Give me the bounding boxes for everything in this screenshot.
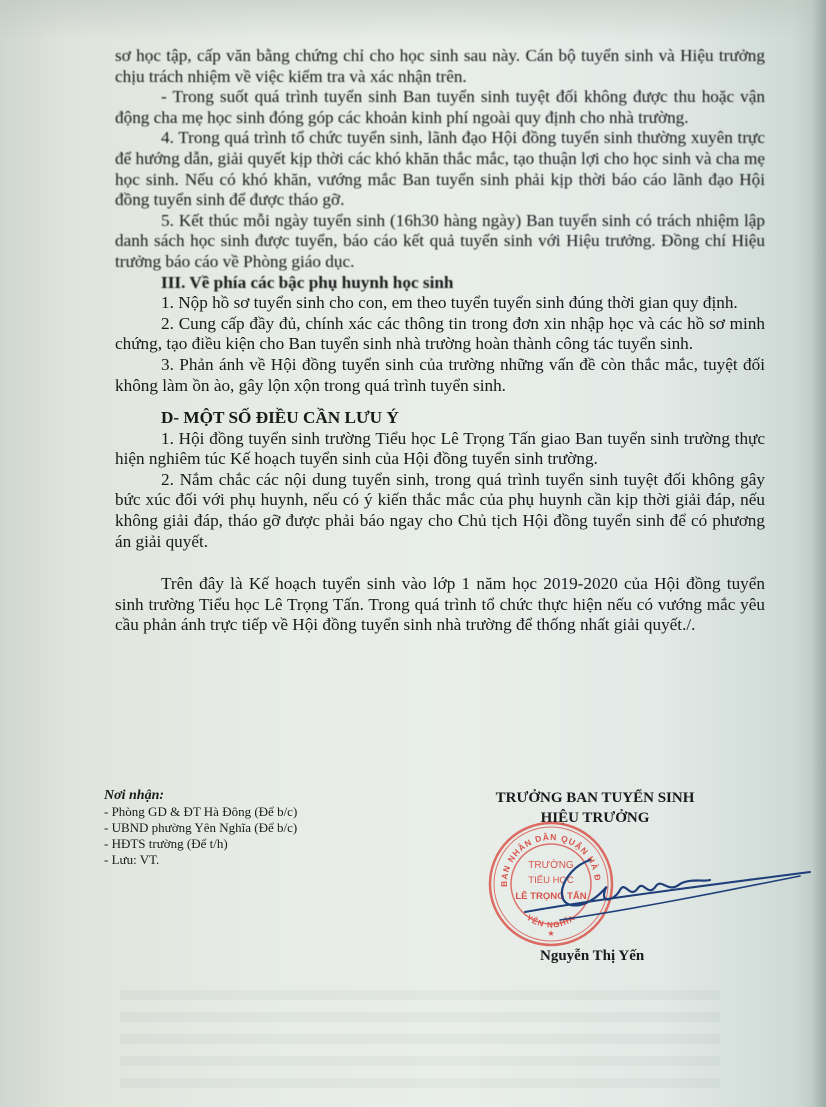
section-III-item-3: 3. Phản ánh về Hội đồng tuyển sinh của t… <box>115 355 765 396</box>
conclusion-paragraph: Trên đây là Kế hoạch tuyển sinh vào lớp … <box>115 574 765 636</box>
photo-edge-shadow <box>812 0 826 1107</box>
section-D-heading: D- MỘT SỐ ĐIỀU CẦN LƯU Ý <box>115 408 765 429</box>
recipient-item: - Phòng GD & ĐT Hà Đông (Để b/c) <box>104 804 297 820</box>
recipients-title: Nơi nhận: <box>104 788 297 804</box>
paragraph-item-5: 5. Kết thúc mỗi ngày tuyển sinh (16h30 h… <box>115 211 765 273</box>
section-D-item-1: 1. Hội đồng tuyển sinh trường Tiểu học L… <box>115 429 765 470</box>
section-III-heading: III. Về phía các bậc phụ huynh học sinh <box>115 273 765 294</box>
photo-shading-top <box>0 0 826 40</box>
section-III-item-2: 2. Cung cấp đầy đủ, chính xác các thông … <box>115 314 765 355</box>
recipient-item: - Lưu: VT. <box>104 852 297 868</box>
paragraph-no-fees: - Trong suốt quá trình tuyển sinh Ban tu… <box>115 87 765 128</box>
bleed-through-text <box>120 990 720 1100</box>
signer-name: Nguyễn Thị Yến <box>540 948 644 965</box>
paragraph-item-4: 4. Trong quá trình tổ chức tuyển sinh, l… <box>115 128 765 210</box>
recipient-item: - UBND phường Yên Nghĩa (Để b/c) <box>104 820 297 836</box>
handwritten-signature <box>520 850 820 940</box>
section-III-item-1: 1. Nộp hồ sơ tuyển sinh cho con, em theo… <box>115 293 765 314</box>
paragraph-continuation: sơ học tập, cấp văn bằng chứng chỉ cho h… <box>115 46 765 87</box>
section-D-item-2: 2. Nắm chắc các nội dung tuyển sinh, tro… <box>115 470 765 552</box>
recipients-block: Nơi nhận: - Phòng GD & ĐT Hà Đông (Để b/… <box>104 788 297 868</box>
signature-title-line1: TRƯỞNG BAN TUYỂN SINH <box>470 788 720 808</box>
document-body: sơ học tập, cấp văn bằng chứng chỉ cho h… <box>115 46 765 636</box>
recipient-item: - HĐTS trường (Để t/h) <box>104 836 297 852</box>
